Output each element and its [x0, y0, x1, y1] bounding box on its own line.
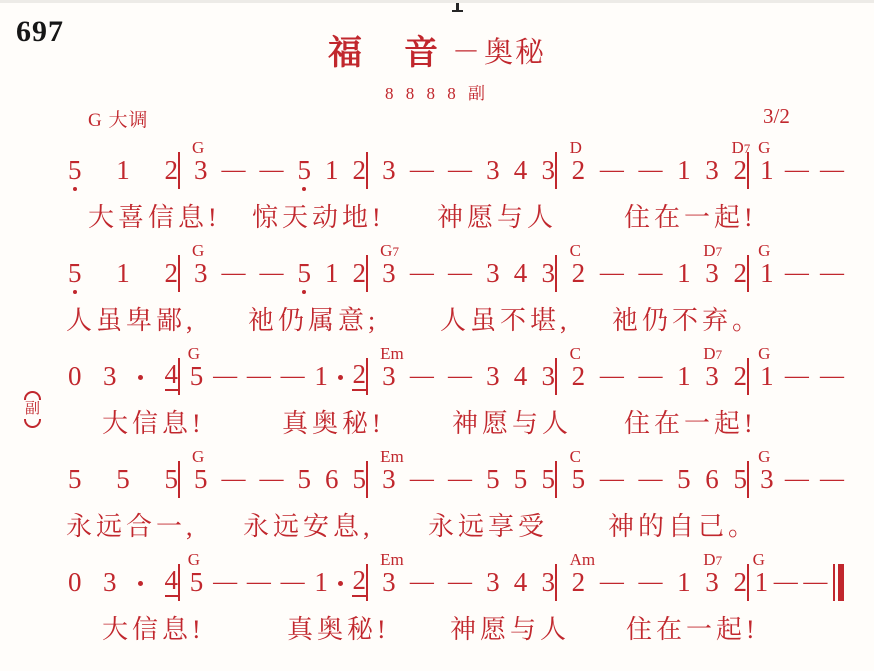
- chord-label: C: [570, 345, 581, 362]
- barline: [555, 461, 557, 498]
- lyric-line: 副大信息!真奥秘!神愿与人住在一起!: [0, 403, 874, 437]
- note: 5: [541, 464, 555, 494]
- lyric-segment: 人虽不堪,: [440, 300, 571, 337]
- note: 2: [165, 258, 179, 288]
- note: 2C: [572, 361, 586, 391]
- note: 3: [705, 155, 719, 185]
- barline: [366, 564, 368, 601]
- lyric-segment: 惊天动地!: [252, 197, 385, 234]
- note: 4: [514, 361, 528, 391]
- dash-continuation: —: [600, 361, 624, 391]
- score: 5123G——5123——3432D——132D71G——大喜信息!惊天动地!神…: [0, 131, 874, 646]
- lyric-segment: 住在一起!: [624, 403, 757, 440]
- barline: [555, 358, 557, 395]
- chorus-marker: 副: [24, 391, 41, 428]
- chord-label: G: [192, 448, 204, 465]
- lyric-segment: 神愿与人: [437, 197, 557, 234]
- lyric-segment: 神愿与人: [452, 403, 572, 440]
- dash-continuation: —: [638, 361, 662, 391]
- dash-continuation: —: [600, 155, 624, 185]
- note: 2: [733, 361, 747, 391]
- note: 3D7: [705, 361, 719, 391]
- chord-label: D7: [731, 139, 750, 156]
- note: 1G: [760, 361, 774, 391]
- lyric-segment: 真奥秘!: [282, 403, 385, 440]
- measure: 3Em——555: [366, 461, 555, 494]
- chord-label: C: [570, 242, 581, 259]
- lyric-segment: 永远安息,: [243, 506, 374, 543]
- lyric-line: 人虽卑鄙,祂仍属意;人虽不堪,祂仍不弃。: [0, 300, 874, 334]
- final-barline-thin: [833, 564, 835, 601]
- barline: [178, 564, 180, 601]
- dash-continuation: —: [638, 155, 662, 185]
- note: 3: [103, 567, 117, 597]
- score-system-2: 5123G——5123G7——3432C——13D721G——人虽卑鄙,祂仍属意…: [0, 234, 874, 337]
- note: 1G: [760, 258, 774, 288]
- lyric-segment: 大信息!: [102, 609, 205, 646]
- barline: [555, 564, 557, 601]
- score-system-4: 5555G——5653Em——5555C——5653G——永远合一,永远安息,永…: [0, 440, 874, 543]
- barline: [178, 461, 180, 498]
- lyric-line: 永远合一,永远安息,永远享受神的自己。: [0, 506, 874, 540]
- measure: 5G———12: [178, 564, 366, 597]
- chord-label: G: [758, 242, 770, 259]
- note: 3: [541, 258, 555, 288]
- dash-continuation: —: [410, 464, 434, 494]
- chord-label: G7: [380, 242, 399, 259]
- measure: 3Em——343: [366, 564, 555, 597]
- chord-label: Em: [380, 448, 404, 465]
- measure: 3Em——343: [366, 358, 555, 391]
- lyric-segment: 人虽卑鄙,: [66, 300, 197, 337]
- note: 3D7: [705, 258, 719, 288]
- barline: [555, 255, 557, 292]
- chord-label: G: [758, 139, 770, 156]
- barline: [747, 564, 749, 601]
- note: 1: [677, 361, 691, 391]
- dash-continuation: —: [774, 567, 798, 597]
- dash-continuation: —: [600, 567, 624, 597]
- dash-continuation: —: [820, 361, 844, 391]
- dash-continuation: —: [803, 567, 827, 597]
- note: 1: [677, 155, 691, 185]
- measure: 3G——512: [178, 152, 366, 185]
- dash-continuation: —: [410, 155, 434, 185]
- note: 5: [116, 464, 130, 494]
- music-line: 0345G———123Em——3432Am——13D721G——: [68, 543, 850, 597]
- dash-continuation: —: [600, 464, 624, 494]
- note: 2D7: [733, 155, 747, 185]
- chord-label: D7: [703, 345, 722, 362]
- score-system-1: 5123G——5123——3432D——132D71G——大喜信息!惊天动地!神…: [0, 131, 874, 234]
- barline: [366, 255, 368, 292]
- note: 2: [353, 155, 367, 185]
- measure: 5G——565: [178, 461, 366, 494]
- measure: 2C——13D72: [555, 255, 747, 288]
- lyric-segment: 住在一起!: [626, 609, 759, 646]
- dash-continuation: —: [820, 258, 844, 288]
- measure: 3G——: [747, 461, 844, 494]
- measure: 5C——565: [555, 461, 747, 494]
- note: 1: [116, 258, 130, 288]
- music-line: 0345G———123Em——3432C——13D721G——: [68, 337, 850, 391]
- lyric-segment: 永远享受: [428, 506, 548, 543]
- lyric-line: 大信息!真奥秘!神愿与人住在一起!: [0, 609, 874, 643]
- note: 3D7: [705, 567, 719, 597]
- note: 1: [325, 155, 339, 185]
- barline: [747, 255, 749, 292]
- note: 5: [353, 464, 367, 494]
- meter-indication: 8 8 8 8 副: [0, 79, 874, 104]
- dash-continuation: —: [213, 567, 237, 597]
- barline: [178, 255, 180, 292]
- note: 3Em: [382, 361, 396, 391]
- note: 5: [68, 464, 82, 494]
- note: 4: [514, 567, 528, 597]
- dash-continuation: —: [785, 361, 809, 391]
- measure: 1G——: [747, 358, 844, 391]
- duration-dot: [338, 375, 343, 380]
- chord-label: Em: [380, 551, 404, 568]
- measure: 034: [68, 359, 178, 391]
- note: 1G: [760, 155, 774, 185]
- note: 5: [733, 464, 747, 494]
- dash-continuation: —: [448, 258, 472, 288]
- chord-label: G: [753, 551, 765, 568]
- chorus-marker-label: 副: [25, 400, 40, 419]
- chord-seventh: 7: [716, 553, 723, 568]
- barline: [366, 152, 368, 189]
- note: 3Em: [382, 464, 396, 494]
- note: 5: [514, 464, 528, 494]
- dash-continuation: —: [448, 567, 472, 597]
- score-system-3: 0345G———123Em——3432C——13D721G——副大信息!真奥秘!…: [0, 337, 874, 440]
- chord-seventh: 7: [716, 244, 723, 259]
- measure: 1G——: [747, 564, 844, 597]
- measure: 2C——13D72: [555, 358, 747, 391]
- note: 2D: [572, 155, 586, 185]
- chord-label: D7: [703, 551, 722, 568]
- barline: [178, 358, 180, 395]
- dash-continuation: —: [281, 567, 305, 597]
- barline: [366, 461, 368, 498]
- note: 2: [352, 565, 366, 597]
- hymn-title-subtitle: 奥秘: [484, 37, 546, 69]
- music-line: 5123G——5123——3432D——132D71G——: [68, 131, 850, 185]
- note: 0: [68, 567, 82, 597]
- dash-continuation: —: [448, 155, 472, 185]
- barline: [747, 152, 749, 189]
- note: 2: [733, 258, 747, 288]
- lyric-segment: 神的自己。: [608, 506, 758, 543]
- chord-label: G: [192, 139, 204, 156]
- measure: 1G——: [747, 255, 844, 288]
- dash-continuation: —: [260, 258, 284, 288]
- hymn-title: 福 音－奥秘: [0, 25, 874, 74]
- chord-label: D7: [703, 242, 722, 259]
- score-system-5: 0345G———123Em——3432Am——13D721G——大信息!真奥秘!…: [0, 543, 874, 646]
- measure: 034: [68, 565, 178, 597]
- note: 5: [68, 258, 82, 288]
- lyric-line: 大喜信息!惊天动地!神愿与人住在一起!: [0, 197, 874, 231]
- barline: [747, 461, 749, 498]
- chord-label: G: [192, 242, 204, 259]
- lyric-segment: 神愿与人: [450, 609, 570, 646]
- dash-continuation: —: [260, 155, 284, 185]
- note: 1: [314, 567, 328, 597]
- note: 3G7: [382, 258, 396, 288]
- dash-continuation: —: [410, 258, 434, 288]
- measure: 3G——512: [178, 255, 366, 288]
- lyric-segment: 住在一起!: [624, 197, 757, 234]
- note: 1: [116, 155, 130, 185]
- bracket-top: [24, 391, 41, 400]
- lyric-segment: 真奥秘!: [287, 609, 390, 646]
- dash-continuation: —: [638, 567, 662, 597]
- note: 2: [353, 258, 367, 288]
- dash-continuation: —: [410, 361, 434, 391]
- note: 3Em: [382, 567, 396, 597]
- scan-artifact: [452, 10, 463, 12]
- measure: 1G——: [747, 152, 844, 185]
- dash-continuation: —: [448, 361, 472, 391]
- note: 1: [314, 361, 328, 391]
- bracket-bottom: [24, 419, 41, 428]
- note: 1: [677, 567, 691, 597]
- measure: 2D——132D7: [555, 152, 747, 185]
- lyric-segment: 祂仍属意;: [248, 300, 379, 337]
- note: 4: [514, 258, 528, 288]
- measure: 2Am——13D72: [555, 564, 747, 597]
- dash-continuation: —: [785, 155, 809, 185]
- note: 1: [325, 258, 339, 288]
- note: 2: [352, 359, 366, 391]
- barline: [555, 152, 557, 189]
- chord-seventh: 7: [716, 347, 723, 362]
- note: 1: [677, 258, 691, 288]
- dash-continuation: —: [820, 464, 844, 494]
- chord-seventh: 7: [392, 244, 399, 259]
- dash-continuation: —: [247, 361, 271, 391]
- note: 5G: [190, 361, 204, 391]
- measure: 512: [68, 155, 178, 185]
- note: 3: [382, 155, 396, 185]
- chord-seventh: 7: [744, 141, 751, 156]
- note: 3: [486, 567, 500, 597]
- note: 5: [486, 464, 500, 494]
- note: 5: [165, 464, 179, 494]
- note: 5: [298, 155, 312, 185]
- lyric-segment: 永远合一,: [66, 506, 197, 543]
- chord-label: Em: [380, 345, 404, 362]
- note: 5: [298, 258, 312, 288]
- duration-dot: [138, 581, 143, 586]
- note: 3: [486, 155, 500, 185]
- chord-label: Am: [570, 551, 596, 568]
- title-dash: －: [452, 37, 480, 68]
- dash-continuation: —: [410, 567, 434, 597]
- dash-continuation: —: [638, 464, 662, 494]
- measure: 555: [68, 464, 178, 494]
- dash-continuation: —: [785, 258, 809, 288]
- note: 6: [325, 464, 339, 494]
- dash-continuation: —: [638, 258, 662, 288]
- note: 4: [165, 565, 179, 597]
- note: 5: [68, 155, 82, 185]
- note: 3: [541, 567, 555, 597]
- measure: 3G7——343: [366, 255, 555, 288]
- dash-continuation: —: [785, 464, 809, 494]
- note: 3: [541, 361, 555, 391]
- chord-label: G: [188, 551, 200, 568]
- music-line: 5555G——5653Em——5555C——5653G——: [68, 440, 850, 494]
- key-signature: G 大调: [88, 105, 148, 132]
- dash-continuation: —: [222, 155, 246, 185]
- dash-continuation: —: [260, 464, 284, 494]
- duration-dot: [138, 375, 143, 380]
- lyric-segment: 祂仍不弃。: [612, 300, 762, 337]
- time-signature: 3/2: [763, 104, 790, 129]
- dash-continuation: —: [247, 567, 271, 597]
- dash-continuation: —: [600, 258, 624, 288]
- note: 2: [165, 155, 179, 185]
- note: 3: [541, 155, 555, 185]
- note: 6: [705, 464, 719, 494]
- note: 5G: [194, 464, 208, 494]
- note: 3G: [760, 464, 774, 494]
- lyric-segment: 大喜信息!: [88, 197, 221, 234]
- dash-continuation: —: [213, 361, 237, 391]
- dash-continuation: —: [281, 361, 305, 391]
- note: 2C: [572, 258, 586, 288]
- note: 5: [677, 464, 691, 494]
- dash-continuation: —: [820, 155, 844, 185]
- note: 3G: [194, 258, 208, 288]
- dash-continuation: —: [222, 464, 246, 494]
- barline: [178, 152, 180, 189]
- note: 3: [486, 258, 500, 288]
- lyric-segment: 大信息!: [102, 403, 205, 440]
- barline: [747, 358, 749, 395]
- note: 5G: [190, 567, 204, 597]
- note: 2: [733, 567, 747, 597]
- chord-label: G: [188, 345, 200, 362]
- note: 5C: [572, 464, 586, 494]
- hymn-title-main: 福 音: [328, 35, 442, 72]
- measure: 3——343: [366, 152, 555, 185]
- chord-label: G: [758, 448, 770, 465]
- page-header: 697 福 音－奥秘 8 8 8 8 副 G 大调 3/2: [0, 3, 874, 131]
- chord-label: D: [570, 139, 582, 156]
- dash-continuation: —: [222, 258, 246, 288]
- final-barline: [833, 564, 844, 601]
- note: 3: [103, 361, 117, 391]
- music-line: 5123G——5123G7——3432C——13D721G——: [68, 234, 850, 288]
- note: 3: [486, 361, 500, 391]
- measure: 5G———12: [178, 358, 366, 391]
- note: 0: [68, 361, 82, 391]
- chord-label: G: [758, 345, 770, 362]
- note: 3G: [194, 155, 208, 185]
- chord-label: C: [570, 448, 581, 465]
- note: 4: [514, 155, 528, 185]
- measure: 512: [68, 258, 178, 288]
- duration-dot: [338, 581, 343, 586]
- note: 5: [298, 464, 312, 494]
- barline: [366, 358, 368, 395]
- final-barline-thick: [838, 564, 844, 601]
- note: 4: [165, 359, 179, 391]
- dash-continuation: —: [448, 464, 472, 494]
- note: 1G: [755, 567, 769, 597]
- note: 2Am: [572, 567, 586, 597]
